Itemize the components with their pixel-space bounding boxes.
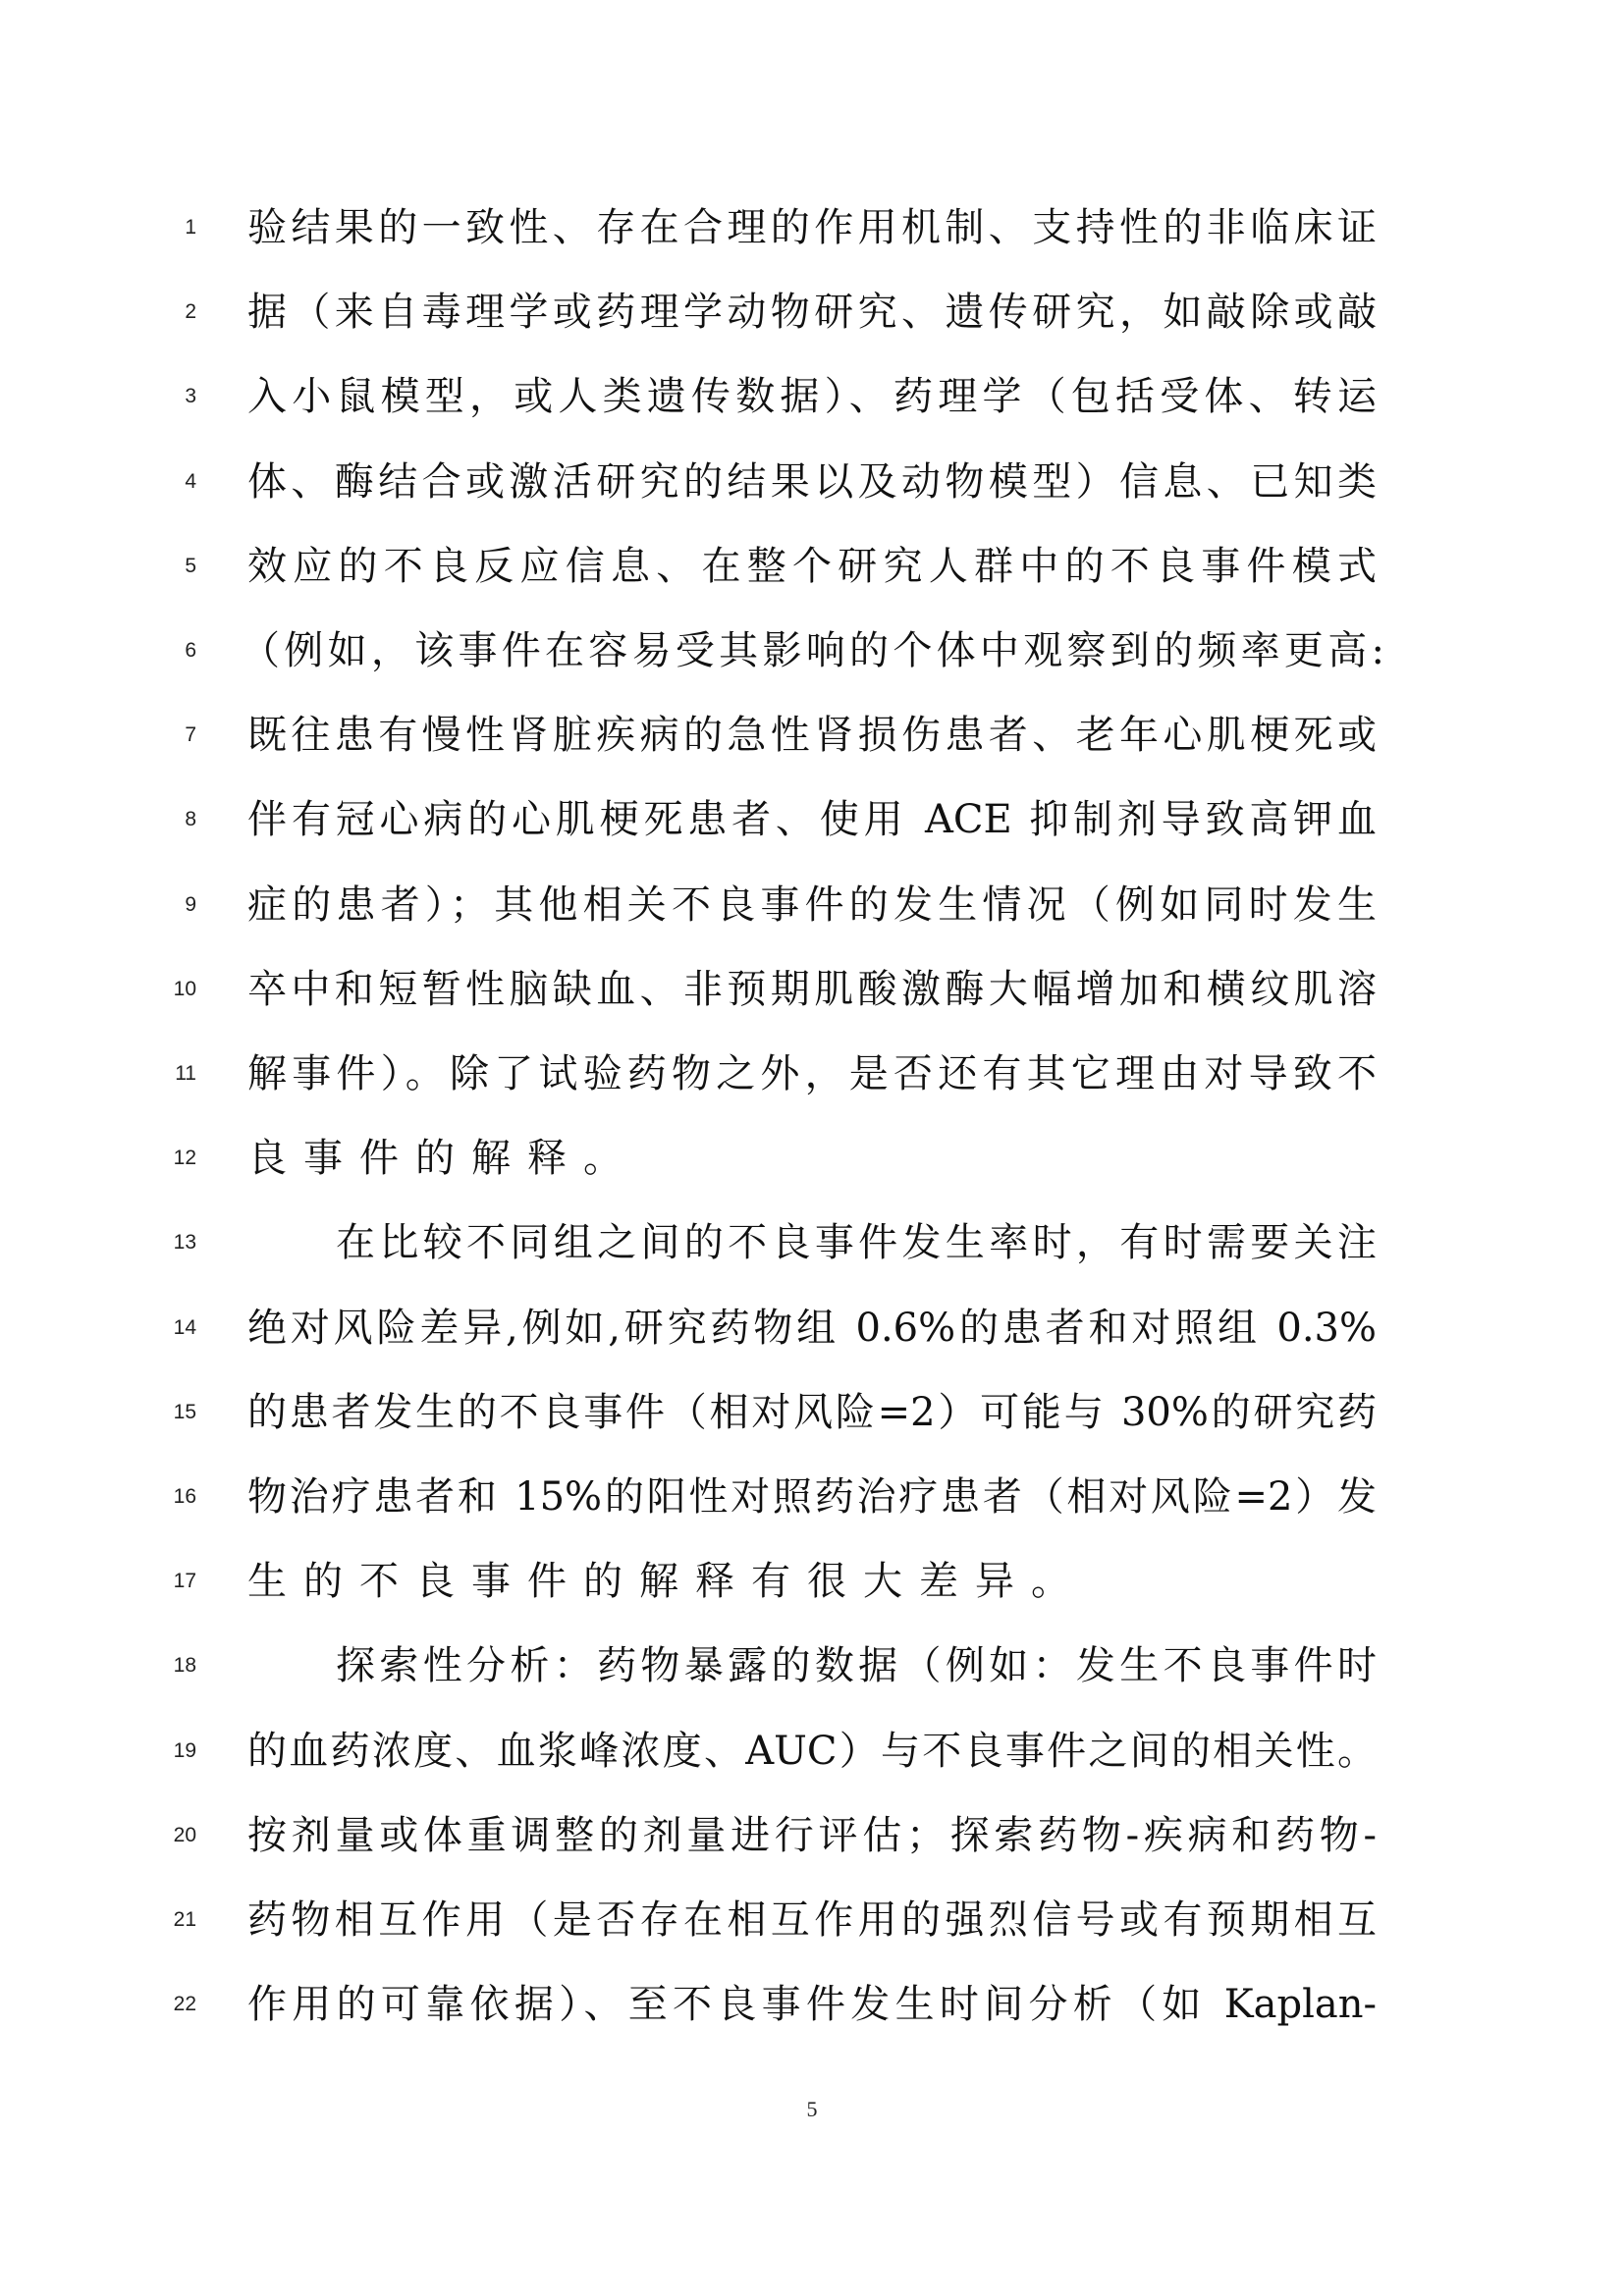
line-text: 作用的可靠依据）、至不良事件发生时间分析（如 Kaplan- <box>247 1979 1377 2030</box>
text-line: 17 生的不良事件的解释有很大差异。 <box>0 1556 1624 1607</box>
text-line: 8 伴有冠心病的心肌梗死患者、使用 ACE 抑制剂导致高钾血 <box>0 794 1624 845</box>
text-line: 22 作用的可靠依据）、至不良事件发生时间分析（如 Kaplan- <box>0 1979 1624 2030</box>
text-line: 4 体、酶结合或激活研究的结果以及动物模型）信息、已知类 <box>0 456 1624 507</box>
line-text: 解事件）。除了试验药物之外，是否还有其它理由对导致不 <box>247 1048 1377 1099</box>
text-line: 7 既往患有慢性肾脏疾病的急性肾损伤患者、老年心肌梗死或 <box>0 710 1624 761</box>
line-text: 伴有冠心病的心肌梗死患者、使用 ACE 抑制剂导致高钾血 <box>247 794 1377 845</box>
line-number: 19 <box>147 1739 196 1763</box>
line-text: 的血药浓度、血浆峰浓度、AUC）与不良事件之间的相关性。 <box>247 1726 1377 1777</box>
line-number: 4 <box>147 470 196 494</box>
text-line: 10 卒中和短暂性脑缺血、非预期肌酸激酶大幅增加和横纹肌溶 <box>0 964 1624 1015</box>
line-text: 效应的不良反应信息、在整个研究人群中的不良事件模式 <box>247 541 1377 592</box>
text-line: 18 探索性分析：药物暴露的数据（例如：发生不良事件时 <box>0 1640 1624 1691</box>
line-text: 卒中和短暂性脑缺血、非预期肌酸激酶大幅增加和横纹肌溶 <box>247 964 1377 1015</box>
line-text: 探索性分析：药物暴露的数据（例如：发生不良事件时 <box>247 1640 1377 1691</box>
text-line: 13 在比较不同组之间的不良事件发生率时，有时需要关注 <box>0 1217 1624 1268</box>
line-text: 体、酶结合或激活研究的结果以及动物模型）信息、已知类 <box>247 456 1377 507</box>
line-number: 8 <box>147 808 196 831</box>
line-number: 7 <box>147 723 196 747</box>
text-line: 9 症的患者）；其他相关不良事件的发生情况（例如同时发生 <box>0 880 1624 931</box>
text-line: 11 解事件）。除了试验药物之外，是否还有其它理由对导致不 <box>0 1048 1624 1099</box>
line-number: 6 <box>147 639 196 663</box>
line-text: 在比较不同组之间的不良事件发生率时，有时需要关注 <box>247 1217 1377 1268</box>
line-number: 3 <box>147 385 196 408</box>
line-text: 生的不良事件的解释有很大差异。 <box>247 1556 1377 1607</box>
line-number: 12 <box>147 1147 196 1170</box>
line-number: 17 <box>147 1570 196 1593</box>
line-number: 18 <box>147 1654 196 1678</box>
line-text: 据（来自毒理学或药理学动物研究、遗传研究，如敲除或敲 <box>247 287 1377 338</box>
line-number: 14 <box>147 1316 196 1340</box>
text-line: 6 （例如，该事件在容易受其影响的个体中观察到的频率更高: <box>0 625 1624 676</box>
line-number: 13 <box>147 1231 196 1255</box>
page-number: 5 <box>795 2097 829 2122</box>
line-number: 9 <box>147 893 196 917</box>
line-number: 2 <box>147 300 196 324</box>
line-text: 药物相互作用（是否存在相互作用的强烈信号或有预期相互 <box>247 1895 1377 1946</box>
line-text: 的患者发生的不良事件（相对风险=2）可能与 30%的研究药 <box>247 1387 1377 1438</box>
text-line: 20 按剂量或体重调整的剂量进行评估；探索药物-疾病和药物- <box>0 1810 1624 1861</box>
line-number: 5 <box>147 555 196 578</box>
line-number: 1 <box>147 216 196 240</box>
line-text: 既往患有慢性肾脏疾病的急性肾损伤患者、老年心肌梗死或 <box>247 710 1377 761</box>
text-line: 3 入小鼠模型，或人类遗传数据）、药理学（包括受体、转运 <box>0 371 1624 422</box>
line-number: 15 <box>147 1401 196 1424</box>
line-number: 10 <box>147 978 196 1001</box>
line-text: 入小鼠模型，或人类遗传数据）、药理学（包括受体、转运 <box>247 371 1377 422</box>
text-line: 19 的血药浓度、血浆峰浓度、AUC）与不良事件之间的相关性。 <box>0 1726 1624 1777</box>
text-line: 21 药物相互作用（是否存在相互作用的强烈信号或有预期相互 <box>0 1895 1624 1946</box>
text-line: 15 的患者发生的不良事件（相对风险=2）可能与 30%的研究药 <box>0 1387 1624 1438</box>
document-page: 1 验结果的一致性、存在合理的作用机制、支持性的非临床证 2 据（来自毒理学或药… <box>0 0 1624 2296</box>
line-number: 21 <box>147 1908 196 1932</box>
text-line: 16 物治疗患者和 15%的阳性对照药治疗患者（相对风险=2）发 <box>0 1471 1624 1522</box>
text-line: 2 据（来自毒理学或药理学动物研究、遗传研究，如敲除或敲 <box>0 287 1624 338</box>
line-text: 验结果的一致性、存在合理的作用机制、支持性的非临床证 <box>247 202 1377 253</box>
line-text: （例如，该事件在容易受其影响的个体中观察到的频率更高: <box>241 625 1384 676</box>
line-text: 良事件的解释。 <box>247 1133 1377 1184</box>
text-line: 12 良事件的解释。 <box>0 1133 1624 1184</box>
text-line: 5 效应的不良反应信息、在整个研究人群中的不良事件模式 <box>0 541 1624 592</box>
line-text: 按剂量或体重调整的剂量进行评估；探索药物-疾病和药物- <box>247 1810 1377 1861</box>
line-text: 绝对风险差异,例如,研究药物组 0.6%的患者和对照组 0.3% <box>247 1303 1377 1354</box>
line-text: 物治疗患者和 15%的阳性对照药治疗患者（相对风险=2）发 <box>247 1471 1377 1522</box>
line-number: 20 <box>147 1824 196 1847</box>
line-number: 22 <box>147 1993 196 2016</box>
text-line: 1 验结果的一致性、存在合理的作用机制、支持性的非临床证 <box>0 202 1624 253</box>
text-line: 14 绝对风险差异,例如,研究药物组 0.6%的患者和对照组 0.3% <box>0 1303 1624 1354</box>
line-number: 16 <box>147 1485 196 1509</box>
line-text: 症的患者）；其他相关不良事件的发生情况（例如同时发生 <box>247 880 1377 931</box>
line-number: 11 <box>147 1062 196 1086</box>
